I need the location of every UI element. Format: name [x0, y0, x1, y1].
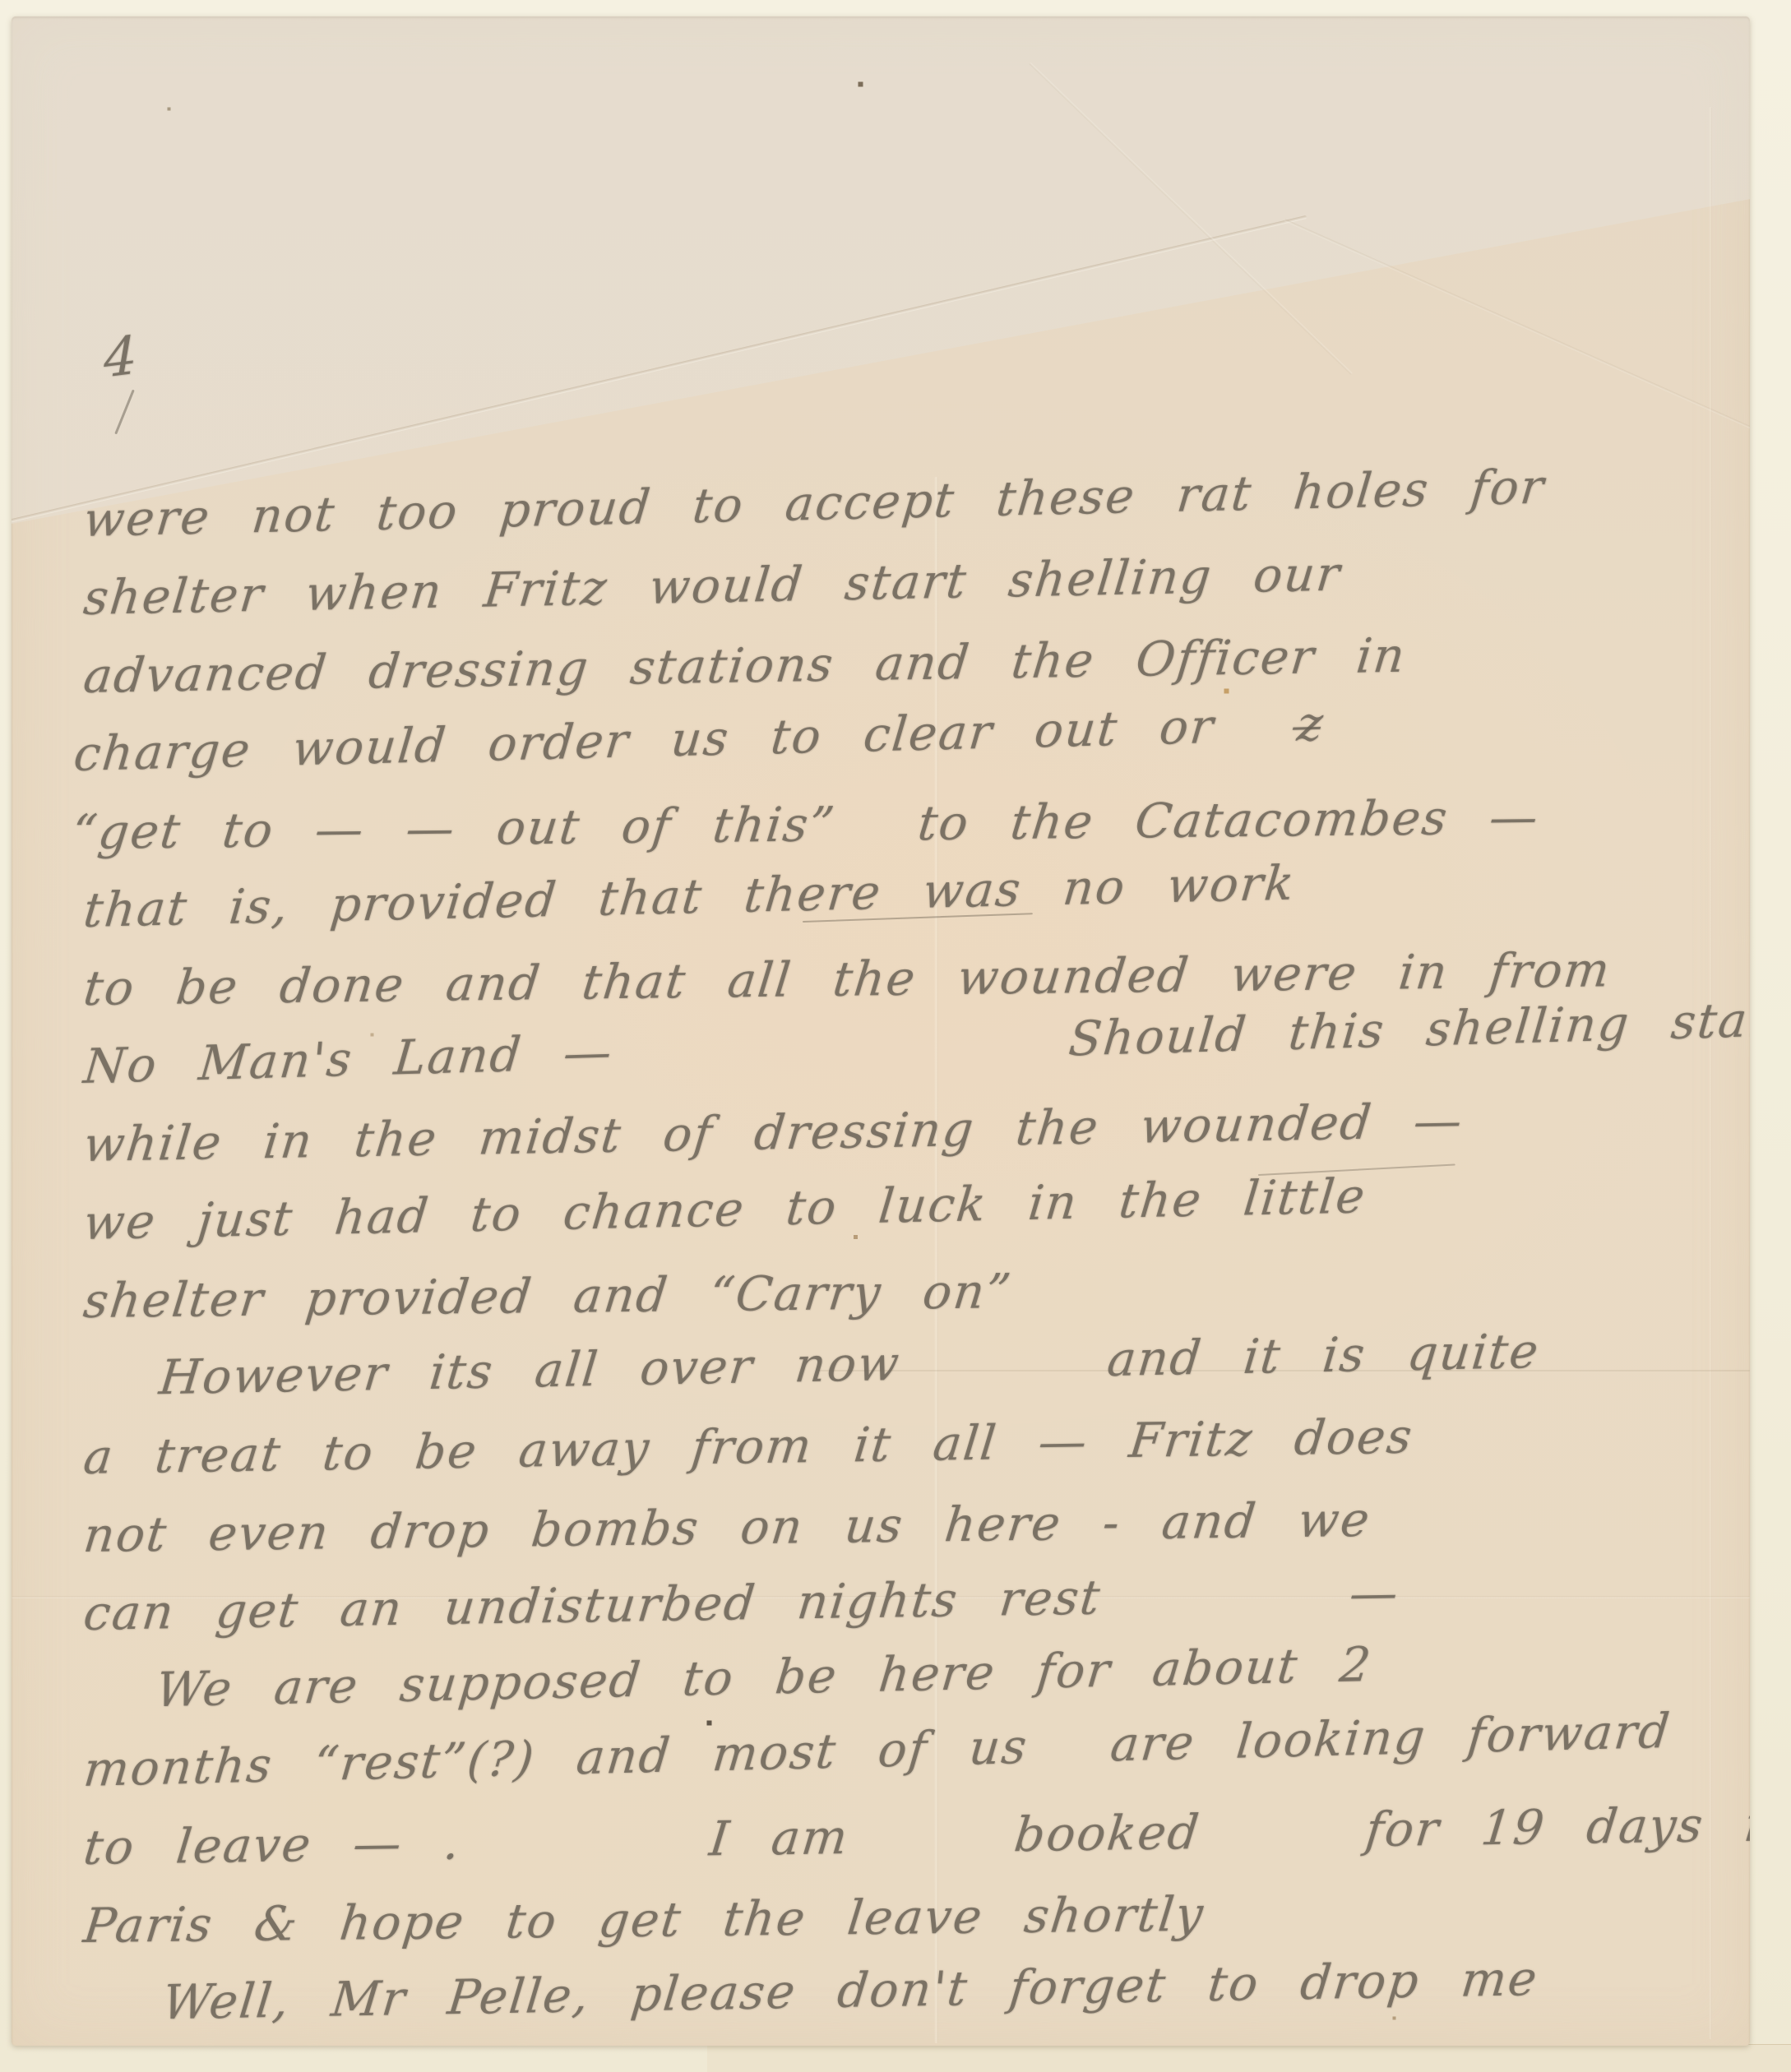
letter-paper: 4 were not too proud to accept these rat…: [12, 16, 1750, 2046]
under-sheet-edge: [707, 2044, 1791, 2072]
scan-background: 4 were not too proud to accept these rat…: [0, 0, 1791, 2072]
paper-foxing-specks: [12, 16, 12, 17]
page-number: 4: [104, 325, 138, 390]
fold-crease-diagonal-right: [1284, 219, 1750, 432]
letter-body: were not too proud to accept these rat h…: [84, 481, 1720, 2043]
